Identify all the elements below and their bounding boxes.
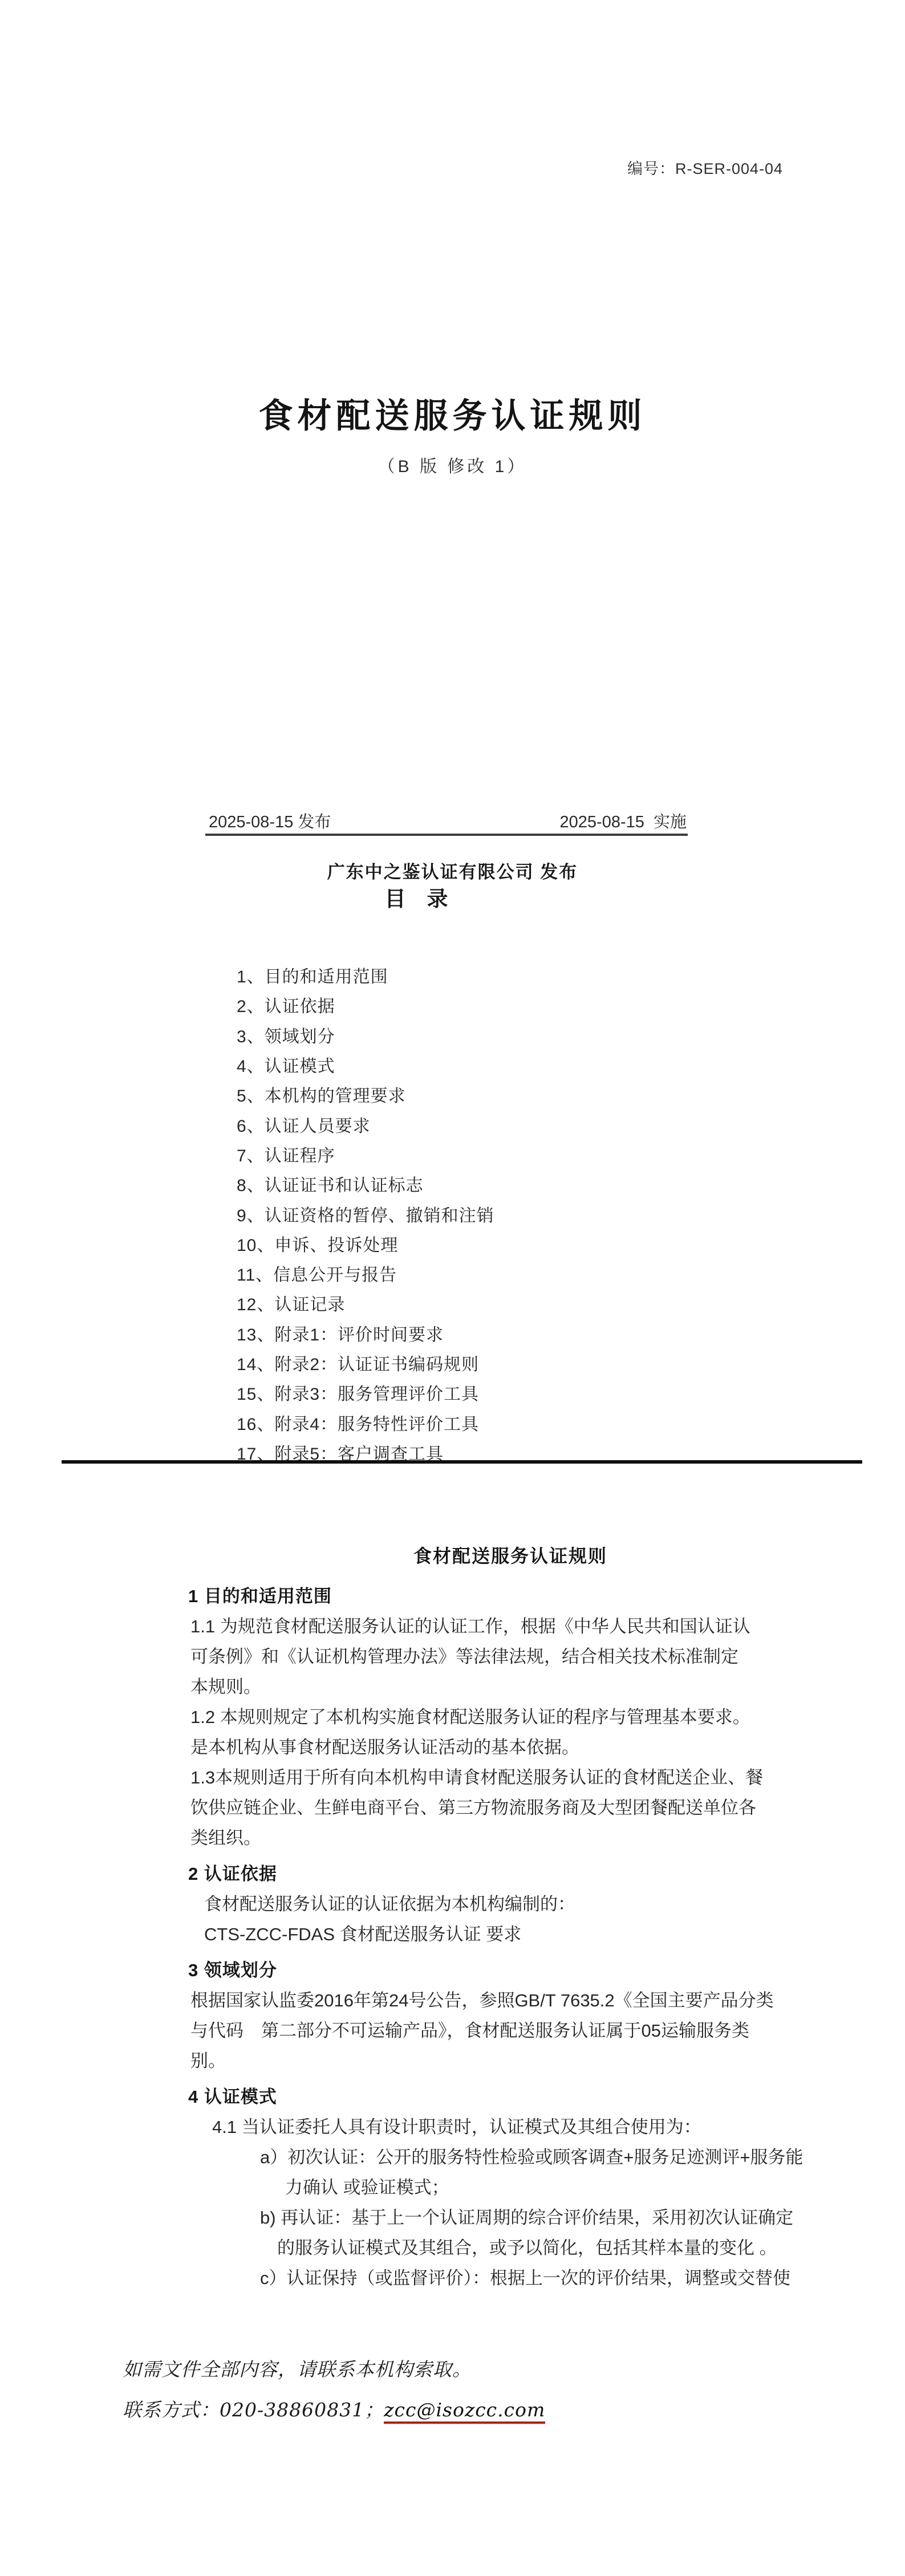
document-number: 编号：R-SER-004-04 [627,156,783,178]
body-line: 本规则。 [188,1670,861,1700]
footer-contact-prefix: 联系方式：020-38860831； [123,2399,384,2421]
body-heading: 食材配送服务认证规则 [188,1542,833,1568]
body-line: 食材配送服务认证的认证依据为本机构编制的： [188,1887,861,1917]
footer-contact-line: 联系方式：020-38860831；zcc@isozcc.com [123,2395,545,2424]
body-line: 根据国家认监委2016年第24号公告，参照GB/T 7635.2《全国主要产品分… [188,1984,861,2014]
body-line: 饮供应链企业、生鲜电商平台、第三方物流服务商及大型团餐配送单位各 [188,1791,861,1821]
toc-item: 3、领域划分 [237,1020,494,1050]
body-line: 与代码 第二部分不可运输产品》，食材配送服务认证属于05运输服务类 [188,2014,861,2044]
body-line: 3 领域划分 [188,1953,861,1984]
body-line: 4.1 当认证委托人具有设计职责时，认证模式及其组合使用为： [188,2110,861,2140]
toc-item: 15、附录3：服务管理评价工具 [237,1378,494,1407]
body-line: 4 认证模式 [188,2080,861,2110]
body-line: 力确认 或验证模式； [188,2171,861,2201]
cover-dates-row: 2025-08-15 发布 2025-08-15 实施 [209,809,687,832]
publisher-line: 广东中之鉴认证有限公司 发布 [0,858,905,883]
toc-item: 2、认证依据 [237,990,494,1019]
toc-item: 14、附录2：认证证书编码规则 [237,1348,494,1378]
body-line: 可条例》和《认证机构管理办法》等法律法规，结合相关技术标准制定 [188,1640,861,1670]
body-line: 1.3本规则适用于所有向本机构申请食材配送服务认证的食材配送企业、餐 [188,1761,861,1791]
toc-item: 1、目的和适用范围 [237,960,494,990]
page-break-line [62,1460,862,1464]
toc-item: 11、信息公开与报告 [237,1258,494,1288]
cover-title: 食材配送服务认证规则 [0,389,905,438]
toc-item: 12、认证记录 [237,1288,494,1318]
implement-date: 2025-08-15 实施 [560,809,687,832]
cover-subtitle: （B 版 修改 1） [0,452,905,477]
document-page: 编号：R-SER-004-04 食材配送服务认证规则 （B 版 修改 1） 20… [0,0,905,2576]
body-line: c）认证保持（或监督评价）：根据上一次的评价结果，调整或交替使 [188,2261,861,2291]
toc-list: 1、目的和适用范围2、认证依据3、领域划分4、认证模式5、本机构的管理要求6、认… [237,960,494,1467]
footer-note: 如需文件全部内容，请联系本机构索取。 联系方式：020-38860831；zcc… [123,2355,545,2424]
body-line: 的服务认证模式及其组合，或予以简化，包括其样本量的变化 。 [188,2231,861,2261]
footer-request-line: 如需文件全部内容，请联系本机构索取。 [123,2355,545,2382]
body-line: 2 认证依据 [188,1857,861,1887]
toc-item: 8、认证证书和认证标志 [237,1169,494,1198]
toc-item: 4、认证模式 [237,1050,494,1079]
toc-item: 10、申诉、投诉处理 [237,1229,494,1258]
body-line: 1.1 为规范食材配送服务认证的认证工作，根据《中华人民共和国认证认 [188,1610,861,1640]
body-line: CTS-ZCC-FDAS 食材配送服务认证 要求 [188,1917,861,1948]
toc-item: 7、认证程序 [237,1139,494,1169]
toc-heading: 目 录 [0,881,833,912]
toc-item: 5、本机构的管理要求 [237,1079,494,1109]
toc-item: 6、认证人员要求 [237,1109,494,1139]
body-line: a）初次认证：公开的服务特性检验或顾客调查+服务足迹测评+服务能 [188,2140,861,2171]
toc-item: 13、附录1：评价时间要求 [237,1318,494,1348]
toc-item: 16、附录4：服务特性评价工具 [237,1407,494,1437]
body-line: b) 再认证：基于上一个认证周期的综合评价结果，采用初次认证确定 [188,2201,861,2231]
body-line: 1 目的和适用范围 [188,1579,861,1610]
body-line: 1.2 本规则规定了本机构实施食材配送服务认证的程序与管理基本要求。 [188,1700,861,1730]
body-line: 别。 [188,2044,861,2074]
body-line: 类组织。 [188,1821,861,1851]
toc-item: 9、认证资格的暂停、撤销和注销 [237,1198,494,1228]
cover-divider-line [205,834,688,836]
publish-date: 2025-08-15 发布 [209,809,331,832]
body-line: 是本机构从事食材配送服务认证活动的基本依据。 [188,1730,861,1761]
body-text-block: 1 目的和适用范围1.1 为规范食材配送服务认证的认证工作，根据《中华人民共和国… [188,1574,861,2291]
footer-email-link[interactable]: zcc@isozcc.com [384,2399,545,2424]
